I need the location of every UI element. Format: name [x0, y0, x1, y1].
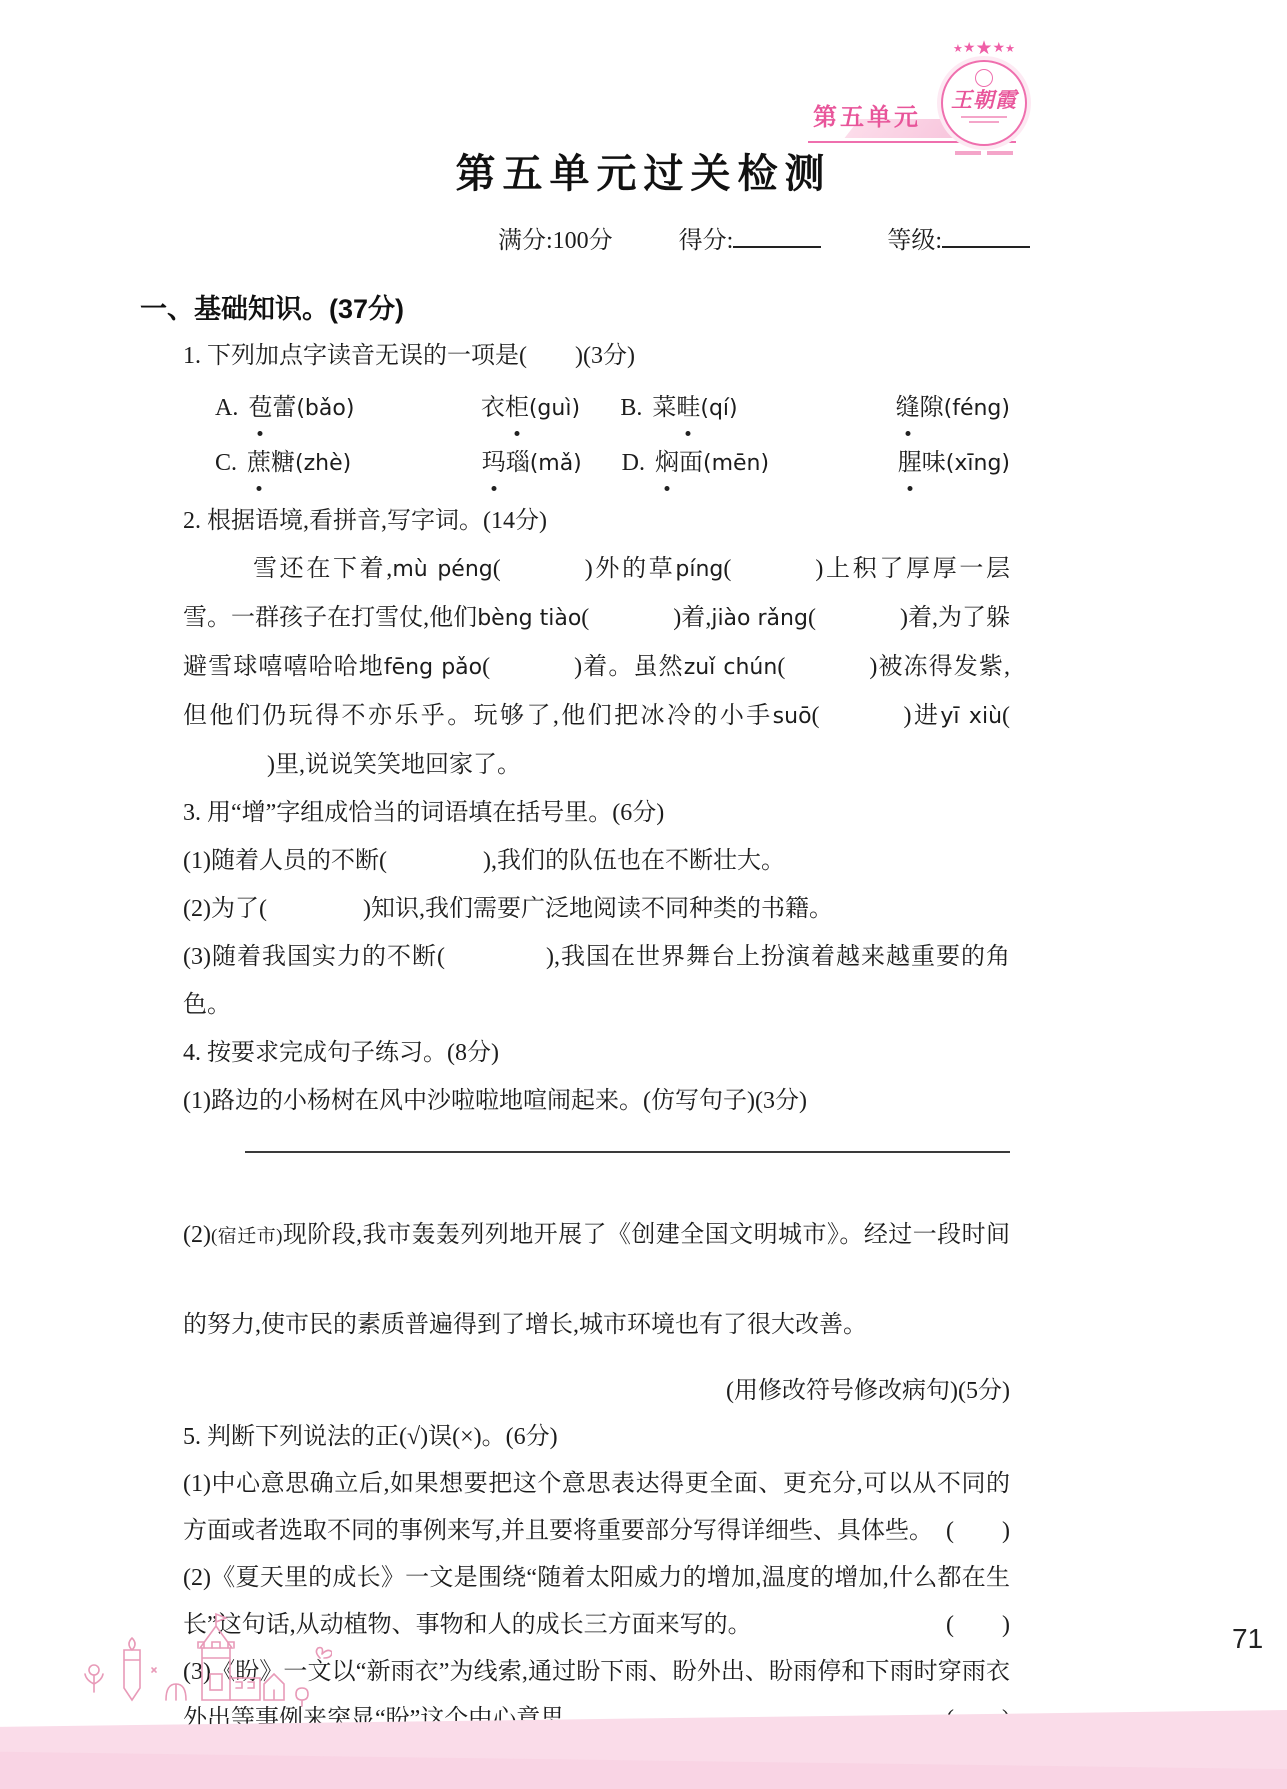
option-row: C.蔗糖(zhè)玛瑙(mǎ)D.焖面(mēn)腥味(xīng) [183, 442, 1010, 485]
badge-decor-line [969, 121, 999, 123]
answer-blank [589, 615, 673, 625]
score-row: 满分:100分 得分: 等级: [0, 224, 1287, 258]
option-item: D.焖面(mēn) [622, 442, 898, 485]
q3-items: (1)随着人员的不断( ),我们的队伍也在不断壮大。(2)为了( )知识,我们需… [183, 837, 1010, 1029]
answer-blank [785, 664, 869, 674]
answer-blank [816, 615, 900, 625]
answer-blank [501, 566, 585, 576]
pinyin-hint: (mēn) [703, 451, 769, 476]
pinyin-hint: (bǎo) [296, 396, 354, 421]
q4-note: (用修改符号修改病句)(5分) [183, 1369, 1010, 1413]
brand-badge: ★★★★★ 王朝霞 [928, 38, 1040, 155]
option-item: 衣柜(guì) [481, 387, 621, 430]
option-item: A.苞蕾(bǎo) [215, 387, 481, 430]
option-row: A.苞蕾(bǎo)衣柜(guì)B.菜畦(qí)缝隙(féng) [183, 387, 1010, 430]
answer-blank [820, 713, 904, 723]
badge-circle: 王朝霞 [941, 60, 1027, 146]
judge-bracket: ( ) [946, 1602, 1010, 1649]
q4-stem: 4. 按要求完成句子练习。(8分) [183, 1029, 1010, 1077]
q4-item2-text: 现阶段,我市轰轰列列地开展了《创建全国文明城市》。经过一段时间的努力,使市民的素… [183, 1222, 1010, 1338]
q5-stem: 5. 判断下列说法的正(√)误(×)。(6分) [183, 1413, 1010, 1461]
page-title: 第五单元过关检测 [0, 150, 1287, 198]
q4-item2: (2)(宿迁市)现阶段,我市轰轰列列地开展了《创建全国文明城市》。经过一段时间的… [183, 1191, 1010, 1369]
judge-bracket: ( ) [946, 1508, 1010, 1555]
section-heading: 一、基础知识。(37分) [140, 286, 1010, 332]
q1-stem: 1. 下列加点字读音无误的一项是( )(3分) [183, 332, 1010, 380]
pinyin-hint: (mǎ) [530, 451, 582, 476]
grade-label: 等级: [887, 228, 942, 254]
q3-item: (3)随着我国实力的不断( ),我国在世界舞台上扮演着越来越重要的角色。 [183, 933, 1010, 1029]
q1-options: A.苞蕾(bǎo)衣柜(guì)B.菜畦(qí)缝隙(féng)C.蔗糖(zhè… [183, 387, 1010, 485]
portrait-icon [975, 69, 993, 87]
grade-field: 等级: [887, 224, 1030, 258]
badge-name: 王朝霞 [943, 88, 1025, 112]
grade-blank [942, 224, 1030, 248]
score-blank [733, 224, 821, 248]
option-item: 玛瑙(mǎ) [482, 442, 622, 485]
q4-item2-number: (2) [183, 1222, 211, 1248]
q3-item: (2)为了( )知识,我们需要广泛地阅读不同种类的书籍。 [183, 885, 1010, 933]
badge-stars-icon: ★★★★★ [928, 38, 1040, 60]
worksheet-page: 第五单元 ★★★★★ 王朝霞 第五单元过关检测 满分:100分 得分: 等级: … [0, 0, 1287, 1789]
option-item: B.菜畦(qí) [620, 387, 895, 430]
full-score-label: 满分:100分 [498, 224, 613, 258]
pinyin-hint: (féng) [944, 396, 1010, 421]
option-item: 腥味(xīng) [898, 442, 1010, 485]
answer-blank [183, 762, 267, 772]
answer-blank [490, 664, 574, 674]
pinyin-hint: (guì) [529, 396, 580, 421]
pinyin-hint: (qí) [700, 396, 737, 421]
q2-stem: 2. 根据语境,看拼音,写字词。(14分) [183, 497, 1010, 545]
pinyin-hint: (xīng) [946, 451, 1010, 476]
answer-blank [731, 566, 815, 576]
q5-item: (1)中心意思确立后,如果想要把这个意思表达得更全面、更充分,可以从不同的方面或… [183, 1461, 1010, 1555]
badge-ribbon-decoration [928, 151, 1040, 155]
q4-item2-source: (宿迁市) [211, 1226, 282, 1247]
q3-item: (1)随着人员的不断( ),我们的队伍也在不断壮大。 [183, 837, 1010, 885]
answer-line [245, 1151, 1010, 1153]
option-item: 缝隙(féng) [896, 387, 1010, 430]
q2-paragraph: 雪还在下着,mù péng()外的草píng()上积了厚厚一层雪。一群孩子在打雪… [183, 545, 1010, 789]
pinyin-hint: (zhè) [295, 451, 351, 476]
badge-decor-line [961, 116, 1007, 118]
score-label: 得分: [679, 228, 734, 254]
q3-stem: 3. 用“增”字组成恰当的词语填在括号里。(6分) [183, 789, 1010, 837]
page-number: 71 [1232, 1622, 1263, 1656]
option-item: C.蔗糖(zhè) [215, 442, 482, 485]
q4-item1: (1)路边的小杨树在风中沙啦啦地喧闹起来。(仿写句子)(3分) [183, 1077, 1010, 1125]
score-field: 得分: [679, 224, 822, 258]
unit-tab-label: 第五单元 [813, 104, 921, 132]
test-content: 一、基础知识。(37分) 1. 下列加点字读音无误的一项是( )(3分) A.苞… [0, 286, 1287, 1743]
footer-doodles-icon [82, 1608, 332, 1718]
